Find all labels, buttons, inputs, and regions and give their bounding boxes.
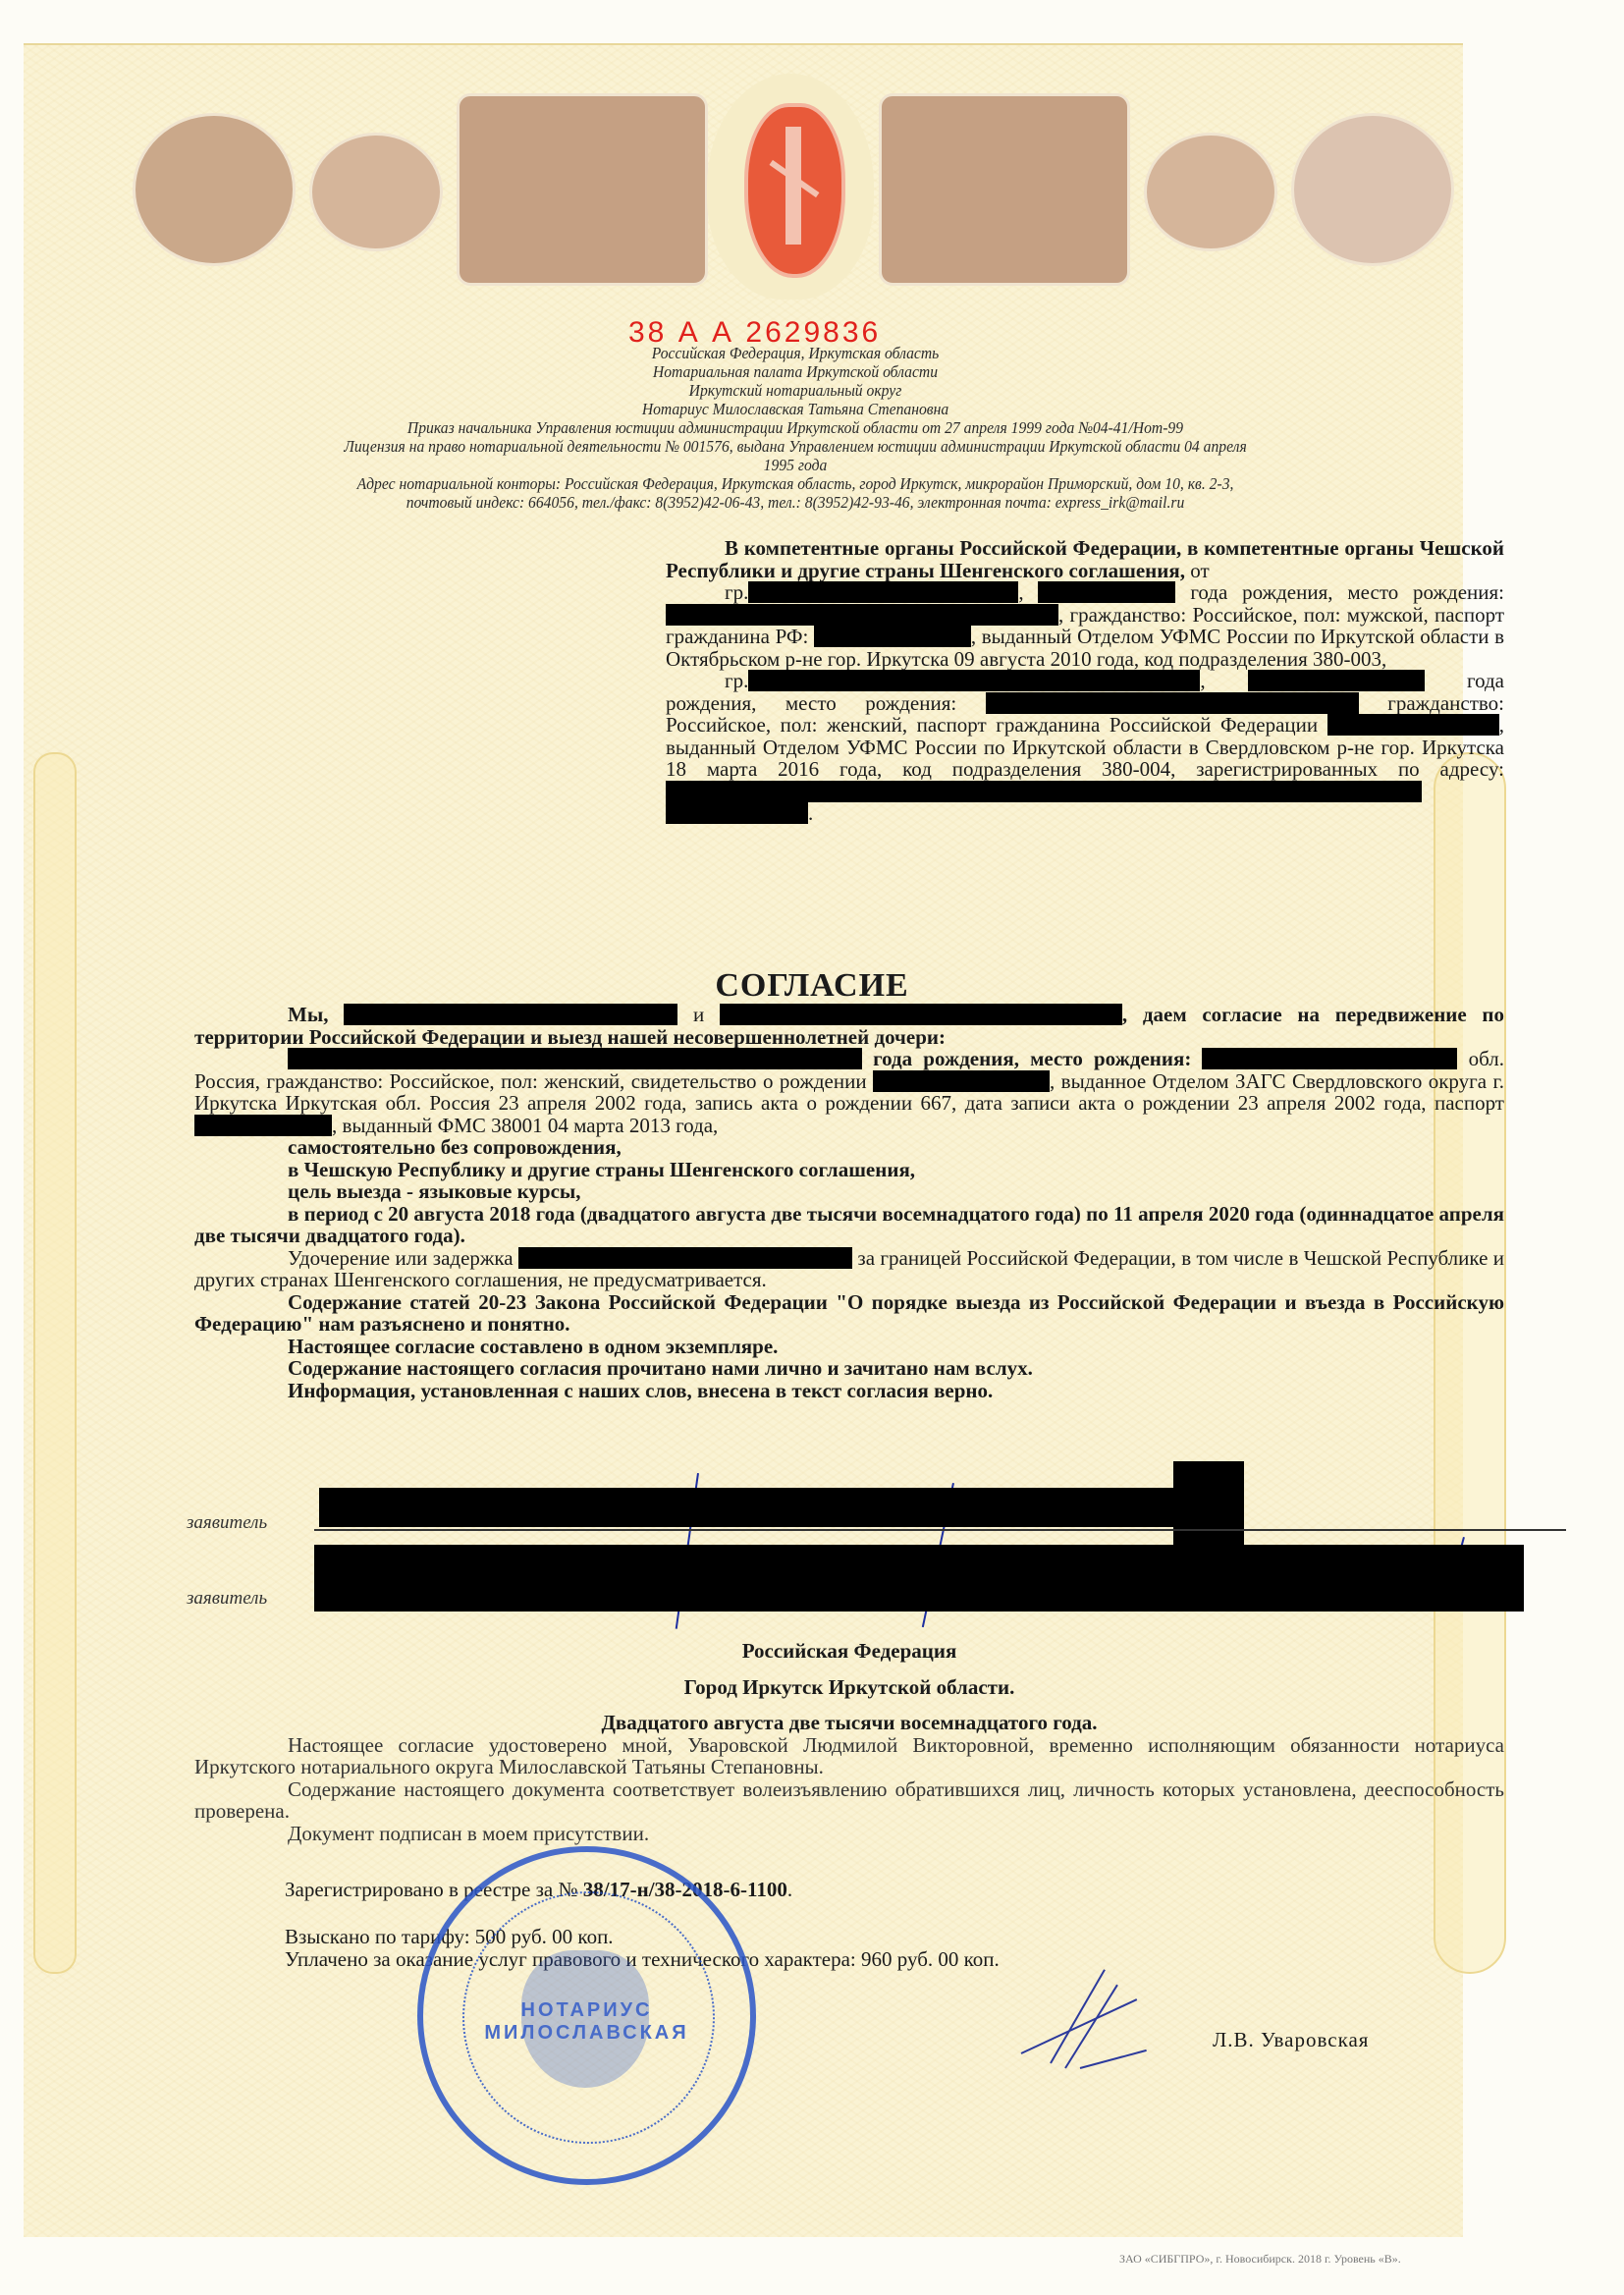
applicant-1-details: гр., года рождения, место рождения: , гр… [666,581,1504,670]
redacted-signature-1 [1173,1461,1244,1545]
redacted-signature-1 [319,1488,1213,1527]
adoption-clause: Удочерение или задержка за границей Росс… [194,1247,1504,1291]
redacted-address [666,802,808,824]
redacted-name [748,581,1018,603]
cert-city: Город Иркутск Иркутской области. [194,1676,1504,1699]
notary-header-line: Лицензия на право нотариальной деятельно… [208,437,1382,456]
condition-line: самостоятельно без сопровождения, [194,1136,1504,1159]
redacted-parent-name [344,1004,677,1025]
closing-line: Содержание настоящего согласия прочитано… [194,1357,1504,1380]
travel-period: в период с 20 августа 2018 года (двадцат… [194,1203,1504,1247]
notary-header-line: 1995 года [208,456,1382,474]
redacted-child-birthplace [1202,1048,1457,1069]
redacted-address [666,781,1422,802]
addressee-block: В компетентные органы Российской Федерац… [666,537,1504,825]
redacted-child-name [288,1048,862,1069]
closing-line: Информация, установленная с наших слов, … [194,1380,1504,1402]
notary-header: Российская Федерация, Иркутская область … [208,344,1382,512]
ornament-lobe [879,93,1130,286]
cert-paragraph: Настоящее согласие удостоверено мной, Ув… [194,1734,1504,1778]
consent-intro: Мы, и , даем согласие на передвижение по… [194,1004,1504,1048]
notary-header-line: Нотариальная палата Иркутской области [208,362,1382,381]
condition-line: цель выезда - языковые курсы, [194,1180,1504,1203]
notary-certification: Российская Федерация Город Иркутск Иркут… [194,1640,1504,1844]
notary-signature [1021,1984,1149,2082]
ornament-lobe [457,93,708,286]
redacted-birthdate [1248,670,1425,691]
notary-seal-icon: НОТАРИУС МИЛОСЛАВСКАЯ [417,1846,756,2185]
cert-country: Российская Федерация [194,1640,1504,1663]
printer-imprint: ЗАО «СИБГПРО», г. Новосибирск. 2018 г. У… [1119,2252,1401,2267]
cert-paragraph: Документ подписан в моем присутствии. [194,1823,1504,1845]
header-ornament-band [133,93,1429,290]
redacted-signature-2 [314,1545,1524,1612]
redacted-child-name [518,1247,852,1269]
applicant-signatures: заявитель заявитель [187,1453,1522,1630]
seal-text: НОТАРИУС МИЛОСЛАВСКАЯ [423,1999,750,2045]
redacted-birthdate [1038,581,1175,603]
ornament-lobe [1144,133,1277,251]
signer-label: заявитель [187,1512,267,1534]
cert-paragraph: Содержание настоящего документа соответс… [194,1778,1504,1823]
consent-body: Мы, и , даем согласие на передвижение по… [194,1004,1504,1401]
redacted-parent-name [720,1004,1122,1025]
redacted-birthplace [666,604,1058,626]
closing-line: Настоящее согласие составлено в одном эк… [194,1336,1504,1358]
ornament-lobe [133,113,296,266]
notary-header-line: Российская Федерация, Иркутская область [208,344,1382,362]
redacted-birthplace [986,692,1359,714]
condition-line: в Чешскую Республику и другие страны Шен… [194,1159,1504,1181]
notary-header-line: Приказ начальника Управления юстиции адм… [208,418,1382,437]
law-clause: Содержание статей 20-23 Закона Российско… [194,1291,1504,1336]
signature-line [314,1529,1566,1531]
notary-name: Л.В. Уваровская [1213,2028,1369,2052]
notary-chamber-emblem-icon [744,103,845,278]
ornament-lobe [309,133,443,251]
notary-header-line: Адрес нотариальной конторы: Российская Ф… [208,474,1382,493]
notary-header-line: Нотариус Милославская Татьяна Степановна [208,400,1382,418]
consent-title: СОГЛАСИЕ [0,967,1624,1005]
redacted-child-passport [194,1115,332,1136]
redacted-birth-certificate [873,1070,1050,1092]
applicant-2-details: гр., года рождения, место рождения: граж… [666,670,1504,825]
notary-header-line: почтовый индекс: 664056, тел./факс: 8(39… [208,493,1382,512]
signer-label: заявитель [187,1588,267,1610]
redacted-name [748,670,1200,691]
cert-date: Двадцатого августа две тысячи восемнадца… [194,1712,1504,1734]
ornament-lobe [1291,113,1454,266]
signature-ink-stroke [1080,2049,1147,2069]
redacted-passport [814,626,971,647]
notary-header-line: Иркутский нотариальный округ [208,381,1382,400]
decorative-border-left [33,752,77,1974]
addressee-heading: В компетентные органы Российской Федерац… [666,537,1504,581]
redacted-passport [1327,714,1499,736]
child-details: года рождения, место рождения: обл. Росс… [194,1048,1504,1136]
